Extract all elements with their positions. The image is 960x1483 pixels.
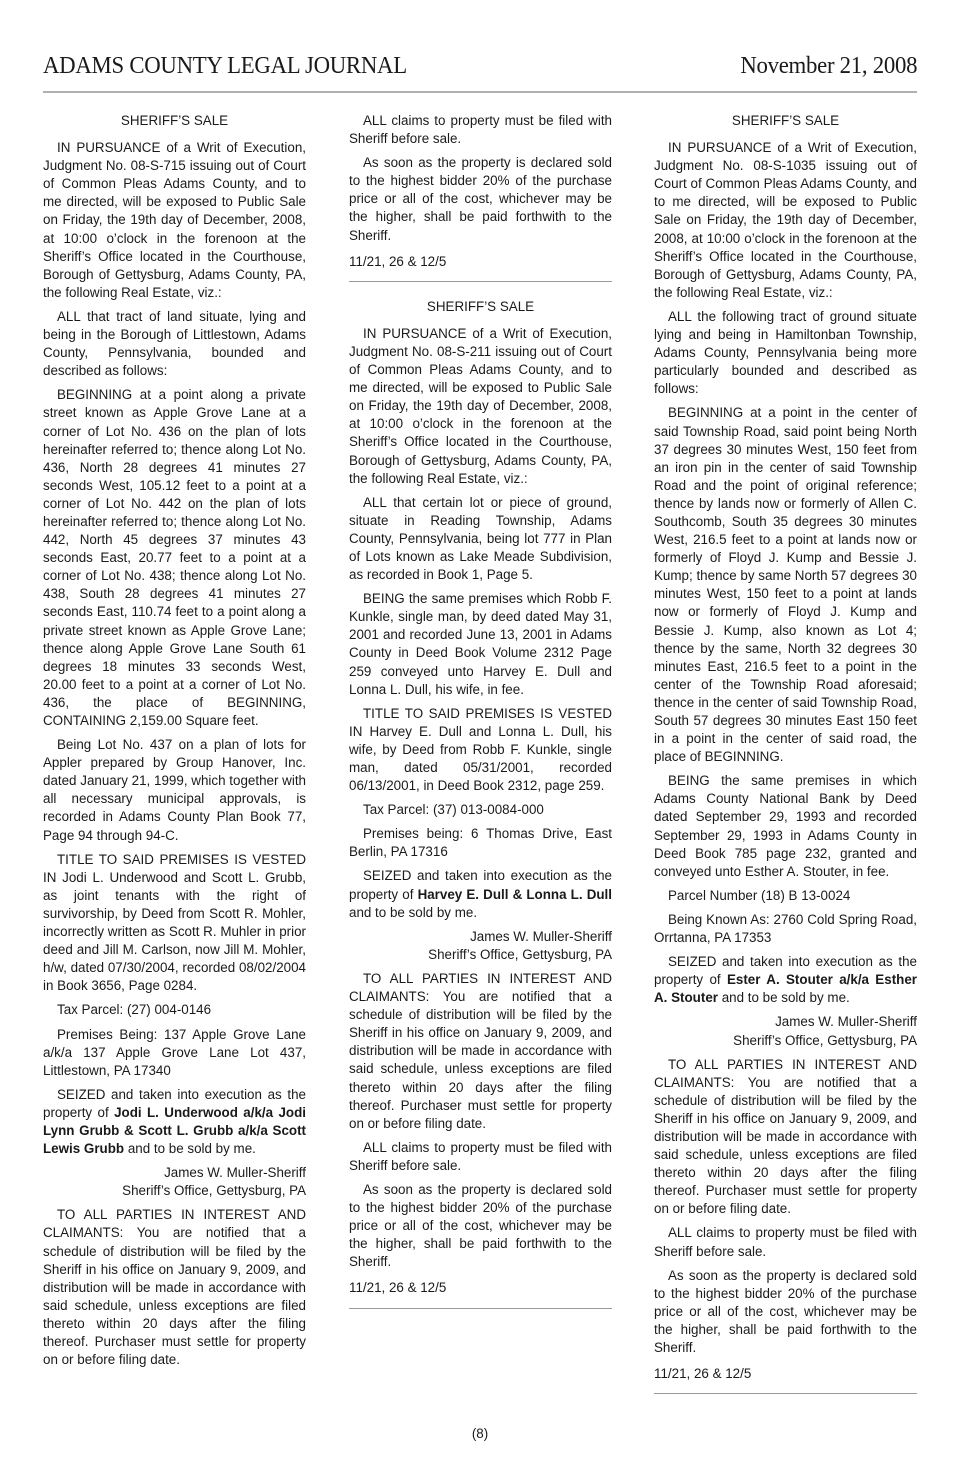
notice-heading: SHERIFF’S SALE bbox=[654, 112, 917, 130]
title-vested-paragraph: TITLE TO SAID PREMISES IS VESTED IN Harv… bbox=[349, 705, 612, 795]
column-3: SHERIFF’S SALE IN PURSUANCE of a Writ of… bbox=[654, 112, 917, 1410]
tract-paragraph: ALL that certain lot or piece of ground,… bbox=[349, 494, 612, 584]
header-divider bbox=[43, 91, 917, 93]
sheriff-signature: James W. Muller-SheriffSheriff’s Office,… bbox=[654, 1013, 917, 1049]
tract-paragraph: ALL the following tract of ground situat… bbox=[654, 308, 917, 398]
title-vested-paragraph: TITLE TO SAID PREMISES IS VESTED IN Jodi… bbox=[43, 851, 306, 996]
parties-notice: TO ALL PARTIES IN INTEREST AND CLAIMANTS… bbox=[43, 1206, 306, 1369]
pursuance-paragraph: IN PURSUANCE of a Writ of Execution, Jud… bbox=[654, 139, 917, 302]
notice-divider bbox=[349, 1308, 612, 1309]
tax-parcel: Tax Parcel: (37) 013-0084-000 bbox=[349, 801, 612, 819]
seized-suffix: and to be sold by me. bbox=[718, 990, 850, 1005]
notice-heading: SHERIFF’S SALE bbox=[349, 298, 612, 316]
sheriff-sale-notice-08-S-1035: SHERIFF’S SALE IN PURSUANCE of a Writ of… bbox=[654, 112, 917, 1394]
parties-notice: TO ALL PARTIES IN INTEREST AND CLAIMANTS… bbox=[349, 970, 612, 1133]
sheriff-office: Sheriff’s Office, Gettysburg, PA bbox=[733, 1033, 917, 1048]
premises-address: Premises being: 6 Thomas Drive, East Ber… bbox=[349, 825, 612, 861]
publication-dates: 11/21, 26 & 12/5 bbox=[349, 1279, 612, 1297]
being-paragraph: BEING the same premises which Robb F. Ku… bbox=[349, 590, 612, 699]
payment-paragraph: As soon as the property is declared sold… bbox=[349, 154, 612, 244]
notice-heading: SHERIFF’S SALE bbox=[43, 112, 306, 130]
sheriff-office: Sheriff’s Office, Gettysburg, PA bbox=[122, 1183, 306, 1198]
sheriff-name: James W. Muller-Sheriff bbox=[470, 929, 612, 944]
tract-paragraph: ALL that tract of land situate, lying an… bbox=[43, 308, 306, 380]
seized-suffix: and to be sold by me. bbox=[349, 905, 477, 920]
claims-paragraph: ALL claims to property must be filed wit… bbox=[654, 1224, 917, 1260]
property-owner: Harvey E. Dull & Lonna L. Dull bbox=[418, 887, 612, 902]
being-paragraph: BEING the same premises in which Adams C… bbox=[654, 772, 917, 881]
tax-parcel: Tax Parcel: (27) 004-0146 bbox=[43, 1001, 306, 1019]
issue-date: November 21, 2008 bbox=[740, 52, 917, 80]
pursuance-paragraph: IN PURSUANCE of a Writ of Execution, Jud… bbox=[349, 325, 612, 488]
column-2: ALL claims to property must be filed wit… bbox=[349, 112, 612, 1325]
parties-notice: TO ALL PARTIES IN INTEREST AND CLAIMANTS… bbox=[654, 1056, 917, 1219]
sheriff-signature: James W. Muller-SheriffSheriff’s Office,… bbox=[349, 928, 612, 964]
seized-paragraph: SEIZED and taken into execution as the p… bbox=[43, 1086, 306, 1158]
page-header: ADAMS COUNTY LEGAL JOURNAL November 21, … bbox=[43, 52, 917, 92]
notice-divider bbox=[349, 281, 612, 282]
seized-suffix: and to be sold by me. bbox=[124, 1141, 256, 1156]
claims-paragraph: ALL claims to property must be filed wit… bbox=[349, 1139, 612, 1175]
payment-paragraph: As soon as the property is declared sold… bbox=[349, 1181, 612, 1271]
seized-paragraph: SEIZED and taken into execution as the p… bbox=[654, 953, 917, 1007]
pursuance-paragraph: IN PURSUANCE of a Writ of Execution, Jud… bbox=[43, 139, 306, 302]
sheriff-name: James W. Muller-Sheriff bbox=[775, 1014, 917, 1029]
claims-paragraph: ALL claims to property must be filed wit… bbox=[349, 112, 612, 148]
sheriff-name: James W. Muller-Sheriff bbox=[164, 1165, 306, 1180]
beginning-paragraph: BEGINNING at a point in the center of sa… bbox=[654, 404, 917, 766]
sheriff-sale-notice-08-S-715-continued: ALL claims to property must be filed wit… bbox=[349, 112, 612, 282]
sheriff-office: Sheriff’s Office, Gettysburg, PA bbox=[428, 947, 612, 962]
publication-dates: 11/21, 26 & 12/5 bbox=[349, 253, 612, 271]
beginning-paragraph: BEGINNING at a point along a private str… bbox=[43, 386, 306, 730]
column-1: SHERIFF’S SALE IN PURSUANCE of a Writ of… bbox=[43, 112, 306, 1375]
sheriff-sale-notice-08-S-211: SHERIFF’S SALE IN PURSUANCE of a Writ of… bbox=[349, 298, 612, 1309]
payment-paragraph: As soon as the property is declared sold… bbox=[654, 1267, 917, 1357]
known-as-address: Being Known As: 2760 Cold Spring Road, O… bbox=[654, 911, 917, 947]
publication-dates: 11/21, 26 & 12/5 bbox=[654, 1365, 917, 1383]
being-lot-paragraph: Being Lot No. 437 on a plan of lots for … bbox=[43, 736, 306, 845]
parcel-number: Parcel Number (18) B 13-0024 bbox=[654, 887, 917, 905]
notice-divider bbox=[654, 1393, 917, 1394]
premises-address: Premises Being: 137 Apple Grove Lane a/k… bbox=[43, 1026, 306, 1080]
page-number: (8) bbox=[0, 1426, 960, 1441]
sheriff-signature: James W. Muller-SheriffSheriff’s Office,… bbox=[43, 1164, 306, 1200]
journal-title: ADAMS COUNTY LEGAL JOURNAL bbox=[43, 52, 407, 80]
sheriff-sale-notice-08-S-715: SHERIFF’S SALE IN PURSUANCE of a Writ of… bbox=[43, 112, 306, 1369]
seized-paragraph: SEIZED and taken into execution as the p… bbox=[349, 867, 612, 921]
